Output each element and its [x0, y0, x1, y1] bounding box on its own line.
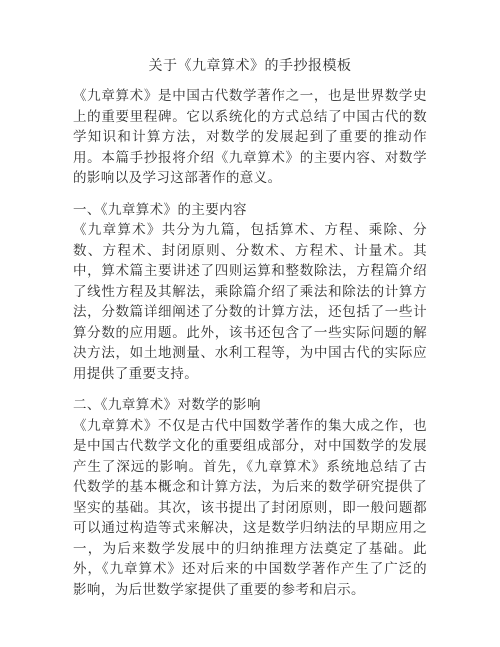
section-body: 《九章算术》共分为九篇，包括算术、方程、乘除、分数、方程术、封闭原则、分数术、方… [73, 220, 427, 384]
section-body: 《九章算术》不仅是古代中国数学著作的集大成之作，也是中国古代数学文化的重要组成部… [73, 416, 427, 601]
document-page: 关于《九章算术》的手抄报模板 《九章算术》是中国古代数学著作之一，也是世界数学史… [0, 0, 500, 647]
page-title: 关于《九章算术》的手抄报模板 [73, 56, 427, 77]
section-math-influence: 二、《九章算术》对数学的影响 《九章算术》不仅是古代中国数学著作的集大成之作，也… [73, 395, 427, 600]
intro-paragraph: 《九章算术》是中国古代数学著作之一，也是世界数学史上的重要里程碑。它以系统化的方… [73, 86, 427, 189]
section-heading: 一、《九章算术》的主要内容 [73, 200, 427, 221]
section-heading: 二、《九章算术》对数学的影响 [73, 395, 427, 416]
section-main-content: 一、《九章算术》的主要内容 《九章算术》共分为九篇，包括算术、方程、乘除、分数、… [73, 200, 427, 385]
